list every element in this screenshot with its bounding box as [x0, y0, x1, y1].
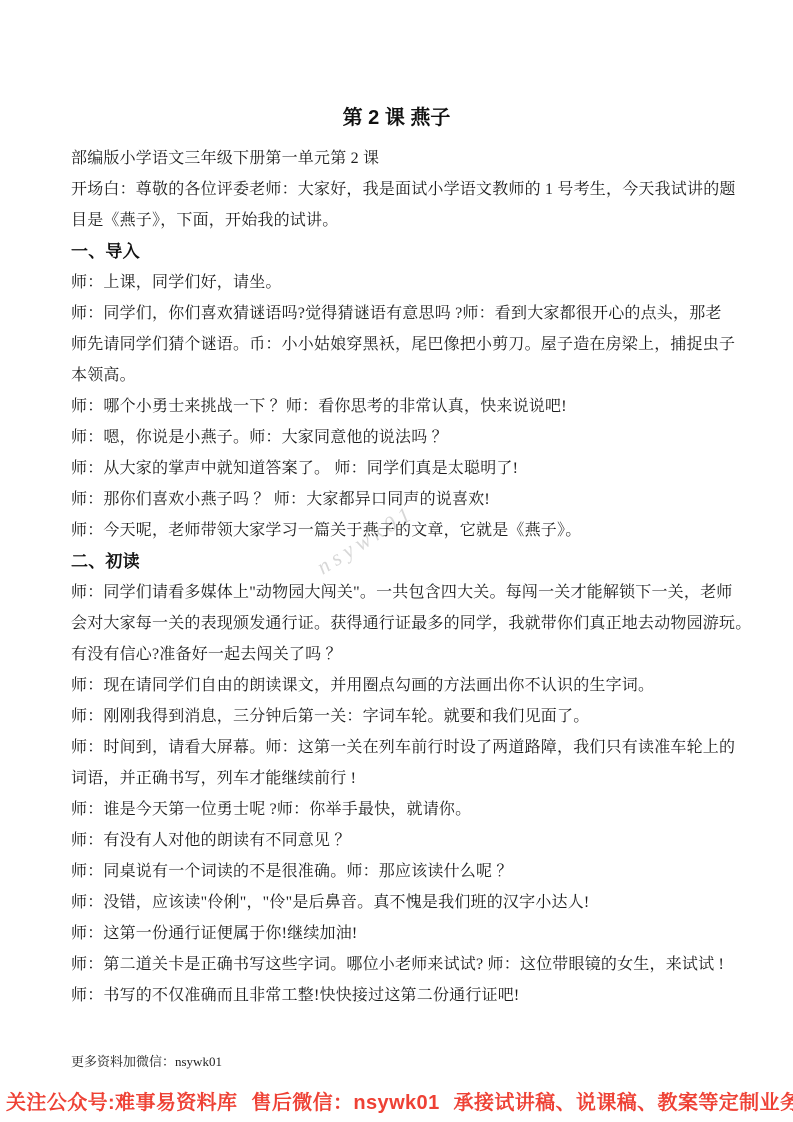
text-line: 有没有信心?准备好一起去闯关了吗 ？: [71, 639, 773, 670]
document-page: 第 2 课 燕子 部编版小学语文三年级下册第一单元第 2 课开场白：尊敬的各位评…: [0, 0, 793, 1122]
document-body: 部编版小学语文三年级下册第一单元第 2 课开场白：尊敬的各位评委老师：大家好，我…: [0, 143, 793, 1011]
page-title: 第 2 课 燕子: [0, 0, 793, 131]
footer-note: 更多资料加微信：nsywk01: [71, 1054, 222, 1070]
text-line: 师：上课，同学们好，请坐。: [71, 267, 773, 298]
text-line: 师：这第一份通行证便属于你!继续加油!: [71, 918, 773, 949]
text-line: 师：同学们请看多媒体上"动物园大闯关"。一共包含四大关。每闯一关才能解锁下一关，…: [71, 577, 773, 608]
text-line: 师：那你们喜欢小燕子吗 ？ 师：大家都异口同声的说喜欢!: [71, 484, 773, 515]
text-line: 部编版小学语文三年级下册第一单元第 2 课: [71, 143, 773, 174]
text-line: 师：哪个小勇士来挑战一下 ？师：看你思考的非常认真，快来说说吧!: [71, 391, 773, 422]
text-line: 师：同学们，你们喜欢猜谜语吗?觉得猜谜语有意思吗 ?师：看到大家都很开心的点头，…: [71, 298, 773, 329]
text-line: 开场白：尊敬的各位评委老师：大家好，我是面试小学语文教师的 1 号考生，今天我试…: [71, 174, 773, 205]
text-line: 师：刚刚我得到消息，三分钟后第一关：字词车轮。就要和我们见面了。: [71, 701, 773, 732]
text-line: 师：嗯，你说是小燕子。师：大家同意他的说法吗 ？: [71, 422, 773, 453]
text-line: 目是《燕子》，下面，开始我的试讲。: [71, 205, 773, 236]
text-line: 会对大家每一关的表现颁发通行证。获得通行证最多的同学，我就带你们真正地去动物园游…: [71, 608, 773, 639]
text-line: 师：现在请同学们自由的朗读课文，并用圈点勾画的方法画出你不认识的生字词。: [71, 670, 773, 701]
text-line: 师：书写的不仅准确而且非常工整!快快接过这第二份通行证吧!: [71, 980, 773, 1011]
text-line: 师：时间到，请看大屏幕。师：这第一关在列车前行时设了两道路障，我们只有读准车轮上…: [71, 732, 773, 763]
text-line: 师：从大家的掌声中就知道答案了。 师：同学们真是太聪明了!: [71, 453, 773, 484]
text-line: 师先请同学们猜个谜语。币：小小姑娘穿黑袄，尾巴像把小剪刀。屋子造在房梁上，捕捉虫…: [71, 329, 773, 360]
text-line: 师：今天呢，老师带领大家学习一篇关于燕子的文章，它就是《燕子》。: [71, 515, 773, 546]
text-line: 师：同桌说有一个词读的不是很准确。师：那应该读什么呢 ？: [71, 856, 773, 887]
promo-banner: 关注公众号:难事易资料库 售后微信：nsywk01 承接试讲稿、说课稿、教案等定…: [6, 1090, 793, 1116]
text-line: 词语，并正确书写，列车才能继续前行 !: [71, 763, 773, 794]
section-heading: 二、初读: [71, 546, 773, 577]
text-line: 本领高。: [71, 360, 773, 391]
text-line: 师：第二道关卡是正确书写这些字词。哪位小老师来试试? 师：这位带眼镜的女生，来试…: [71, 949, 773, 980]
text-line: 师：谁是今天第一位勇士呢 ?师：你举手最快，就请你。: [71, 794, 773, 825]
section-heading: 一、导入: [71, 236, 773, 267]
text-line: 师：有没有人对他的朗读有不同意见 ？: [71, 825, 773, 856]
text-line: 师：没错，应该读"伶俐"，"伶"是后鼻音。真不愧是我们班的汉字小达人!: [71, 887, 773, 918]
